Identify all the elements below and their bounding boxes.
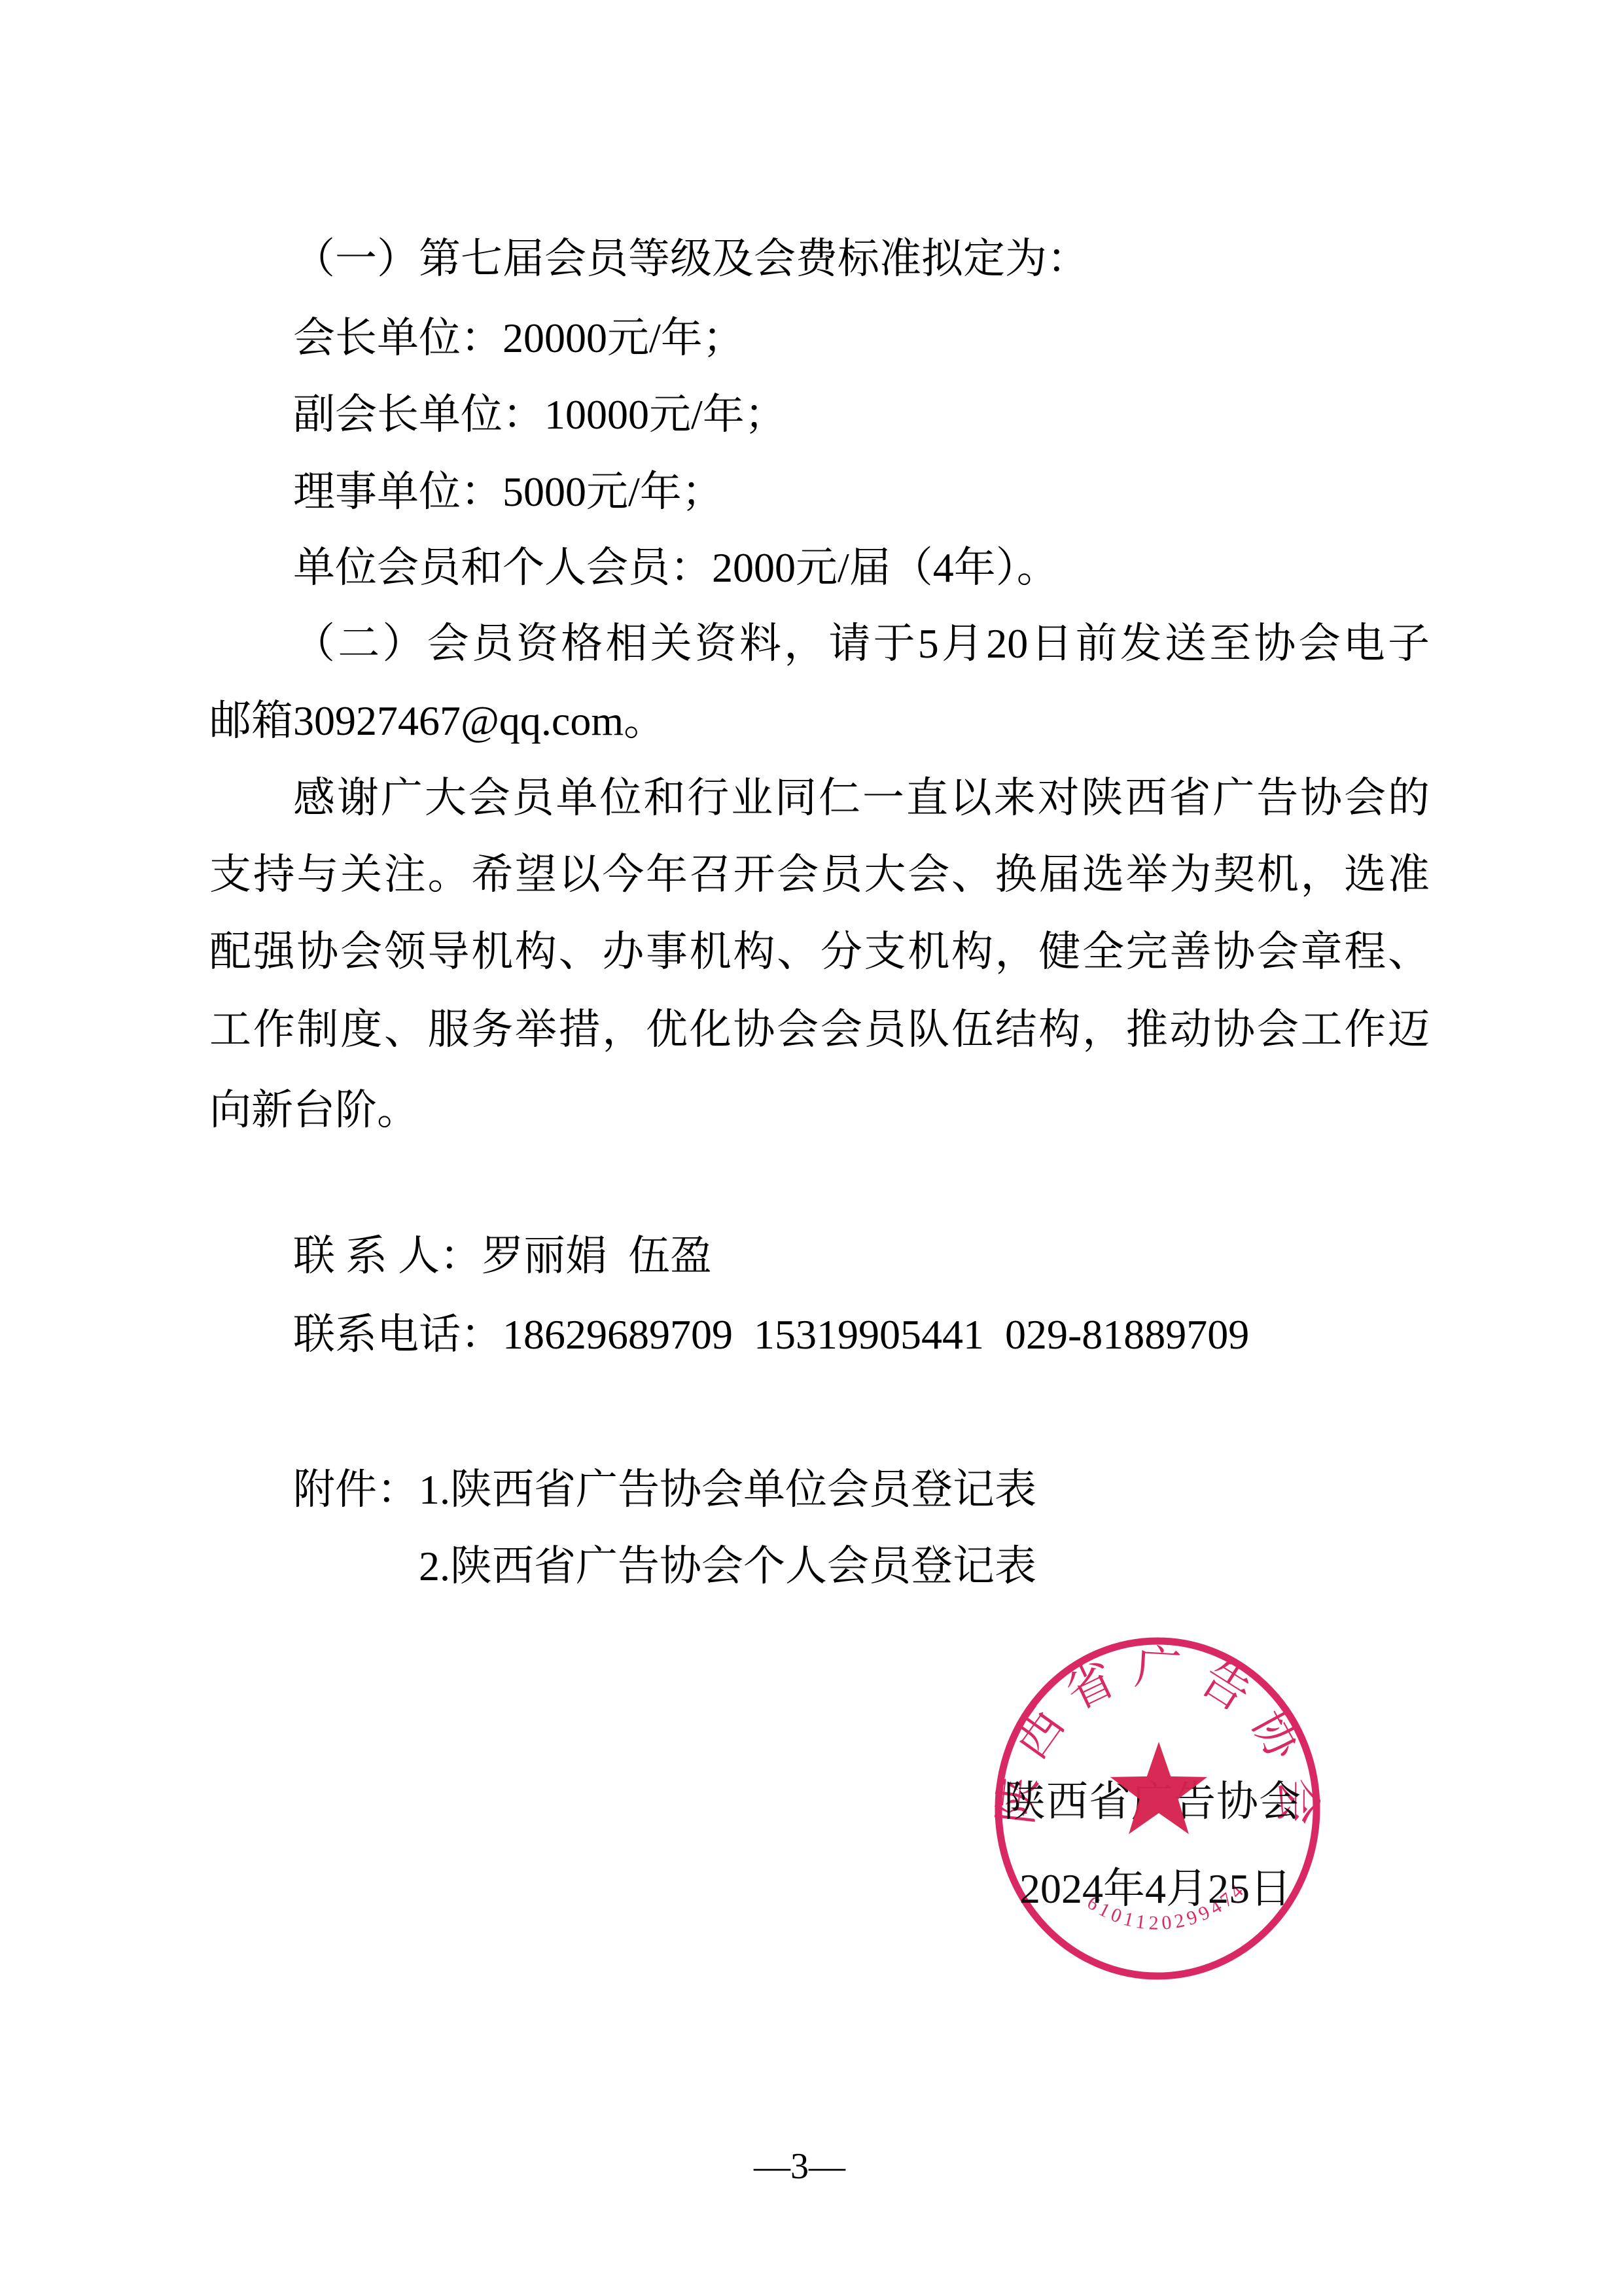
document-line: 理事单位：5000元/年； bbox=[293, 467, 724, 517]
page-number: —3— bbox=[695, 2146, 904, 2187]
document-line: （二）会员资格相关资料，请于5月20日前发送至协会电子 bbox=[293, 619, 1430, 669]
document-line: 工作制度、服务举措，优化协会会员队伍结构，推动协会工作迈 bbox=[209, 1005, 1430, 1055]
document-line: 单位会员和个人会员：2000元/届（4年）。 bbox=[293, 543, 1059, 593]
document-line: 副会长单位：10000元/年； bbox=[293, 390, 786, 440]
seal-star bbox=[1104, 1739, 1213, 1847]
contact-phone-line: 联系电话：18629689709 15319905441 029-8188970… bbox=[293, 1310, 1249, 1360]
contact-person-line: 联 系 人：罗丽娟 伍盈 bbox=[293, 1231, 712, 1281]
document-line: 邮箱30927467@qq.com。 bbox=[209, 696, 665, 746]
signature-date: 2024年4月25日 bbox=[1019, 1865, 1292, 1913]
document-line: 感谢广大会员单位和行业同仁一直以来对陕西省广告协会的 bbox=[293, 773, 1430, 823]
document-line: （一）第七届会员等级及会费标准拟定为： bbox=[293, 234, 1089, 284]
document-line: 配强协会领导机构、办事机构、分支机构，健全完善协会章程、 bbox=[209, 927, 1430, 977]
document-line: 会长单位：20000元/年； bbox=[293, 313, 745, 363]
document-line: 向新台阶。 bbox=[209, 1086, 419, 1135]
star-icon bbox=[1110, 1742, 1207, 1834]
document-line: 支持与关注。希望以今年召开会员大会、换届选举为契机，选准 bbox=[209, 850, 1430, 900]
attachment-line-2: 2.陕西省广告协会个人会员登记表 bbox=[419, 1542, 1036, 1591]
attachment-line-1: 附件：1.陕西省广告协会单位会员登记表 bbox=[293, 1465, 1036, 1515]
document-page: （一）第七届会员等级及会费标准拟定为： 会长单位：20000元/年； 副会长单位… bbox=[0, 0, 1624, 2296]
